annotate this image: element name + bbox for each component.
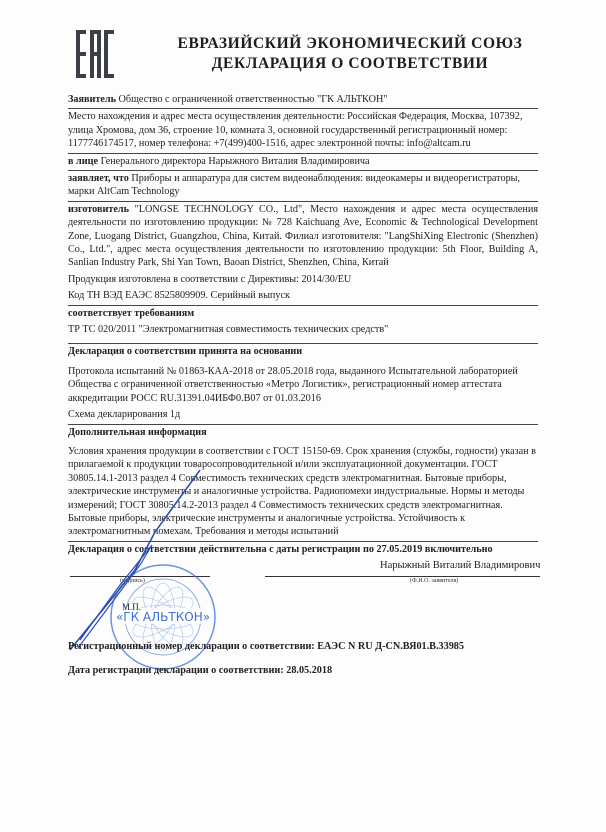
hs-code: Код ТН ВЭД ЕАЭС 8525809909. Серийный вып… [68, 288, 538, 305]
name-line [265, 576, 540, 577]
manufacturer-row: изготовитель "LONGSE TECHNOLOGY CO., Ltd… [68, 202, 538, 272]
requirements-label: соответствует требованиям [68, 306, 538, 322]
applicant-label: Заявитель [68, 94, 116, 105]
declaration-page: ЕВРАЗИЙСКИЙ ЭКОНОМИЧЕСКИЙ СОЮЗ ДЕКЛАРАЦИ… [0, 0, 606, 832]
requirements-value: ТР ТС 020/2011 "Электромагнитная совмест… [68, 322, 538, 343]
manufacturer-label: изготовитель [68, 204, 129, 215]
signer-name: Нарыжный Виталий Владимирович [380, 560, 540, 571]
additional-label: Дополнительная информация [68, 425, 538, 444]
name-caption: (Ф.И.О. заявителя) [410, 578, 458, 584]
registration-number: Регистрационный номер декларации о соотв… [68, 641, 464, 652]
applicant-address: Место нахождения и адрес места осуществл… [68, 109, 538, 153]
title-line-2: ДЕКЛАРАЦИЯ О СООТВЕТСТВИИ [150, 54, 550, 74]
registration-date-label: Дата регистрации декларации о соответств… [68, 665, 284, 676]
directive: Продукция изготовлена в соответствии с Д… [68, 272, 538, 288]
declares-label: заявляет, что [68, 173, 129, 184]
basis-label: Декларация о соответствии принята на осн… [68, 344, 538, 364]
basis-value: Протокола испытаний № 01863-КАА-2018 от … [68, 364, 538, 407]
registration-date: Дата регистрации декларации о соответств… [68, 665, 332, 676]
registration-date-value: 28.05.2018 [286, 665, 332, 676]
registration-number-value: ЕАЭС N RU Д-CN.ВЯ01.В.33985 [317, 641, 464, 652]
title-line-1: ЕВРАЗИЙСКИЙ ЭКОНОМИЧЕСКИЙ СОЮЗ [150, 34, 550, 54]
eac-logo-icon [76, 30, 114, 78]
represented-value: Генерального директора Нарыжного Виталия… [101, 156, 370, 167]
handwritten-signature-icon [60, 470, 240, 660]
declares-value: Приборы и аппаратура для систем видеонаб… [68, 173, 520, 197]
declares-row: заявляет, что Приборы и аппаратура для с… [68, 171, 538, 202]
represented-label: в лице [68, 156, 98, 167]
registration-number-label: Регистрационный номер декларации о соотв… [68, 641, 315, 652]
document-title: ЕВРАЗИЙСКИЙ ЭКОНОМИЧЕСКИЙ СОЮЗ ДЕКЛАРАЦИ… [150, 34, 550, 74]
manufacturer-value: "LONGSE TECHNOLOGY CO., Ltd", Место нахо… [68, 204, 538, 269]
applicant-row: Заявитель Общество с ограниченной ответс… [68, 92, 538, 109]
applicant-value: Общество с ограниченной ответственностью… [119, 94, 388, 105]
represented-row: в лице Генерального директора Нарыжного … [68, 154, 538, 171]
scheme: Схема декларирования 1д [68, 407, 538, 424]
